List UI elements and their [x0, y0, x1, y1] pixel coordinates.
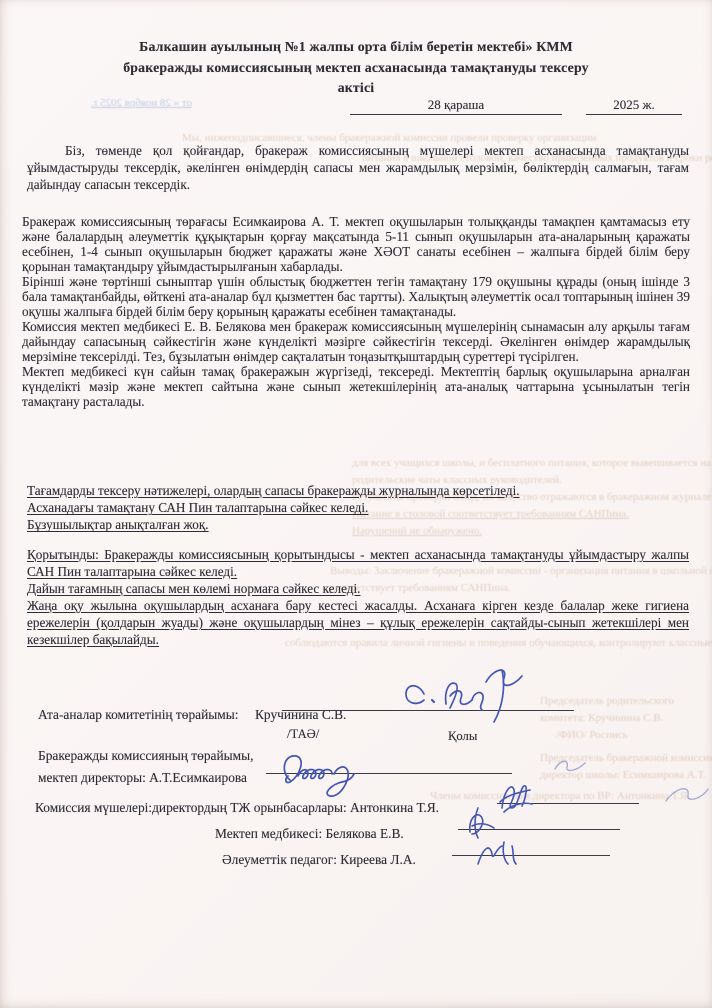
signature-antonkina	[492, 778, 538, 816]
scanned-document-page: от « 28 ноября 2025 г. Мы, нижеподписавш…	[0, 0, 712, 1008]
findings-line: Тағамдарды тексеру нәтижелері, олардың с…	[27, 482, 689, 499]
bleed-through-text: комитета: Кручинина С.В.	[540, 712, 663, 725]
bleed-through-text: для всех учащихся школы, и бесплатного п…	[352, 457, 712, 470]
members-line2: Мектеп медбикесі: Белякова Е.В.	[215, 826, 404, 842]
findings-line: Асханадағы тамақтану САН Пин талаптарына…	[27, 499, 689, 516]
conclusion-paragraph: Дайын тағамның сапасы мен көлемі нормаға…	[27, 580, 689, 597]
date-year: 2025 ж.	[586, 97, 682, 115]
title-line-2: бракеражды комиссиясының мектеп асханасы…	[56, 58, 656, 79]
signature-esimkairova	[276, 744, 396, 802]
signature-kireyeva	[472, 838, 524, 868]
signature-belyakova	[462, 804, 498, 842]
document-title: Балкашин ауылының №1 жалпы орта білім бе…	[56, 37, 656, 99]
parent-chair-label: Ата-аналар комитетінің төрайымы:	[38, 707, 238, 723]
body-paragraph: Комиссия мектеп медбикесі Е. В. Белякова…	[22, 319, 690, 364]
conclusion-section: Қорытынды: Бракеражды комиссиясының қоры…	[27, 546, 689, 648]
bleed-through-text: /ФИО/ Роспись	[556, 729, 628, 742]
conclusion-paragraph: Жаңа оқу жылына оқушылардың асханаға бар…	[27, 597, 689, 648]
conclusion-paragraph: Қорытынды: Бракеражды комиссиясының қоры…	[27, 546, 689, 580]
body-paragraph: Бракераж комиссиясының төрағасы Есимкаир…	[22, 214, 690, 274]
signature-caption: Қолы	[448, 729, 477, 744]
bleed-through-text: Председатель родительского	[540, 695, 674, 708]
date-line: 28 қараша 2025 ж.	[350, 97, 695, 115]
body-paragraph: Бірінші және төртінші сыныптар үшін облы…	[22, 274, 690, 319]
fio-caption: /ТАӘ/	[287, 727, 319, 742]
bleed-through-text: Члены комиссии: зам.директора по ВР: Ант…	[430, 790, 690, 803]
title-line-1: Балкашин ауылының №1 жалпы орта білім бе…	[56, 37, 656, 58]
bleed-through-text: от « 28 ноября 2025 г.	[42, 97, 192, 110]
commission-chair-line2: мектеп директоры: А.Т.Есимкаирова	[38, 770, 247, 786]
ink-bleed-mark	[553, 757, 587, 775]
paragraph-intro: Біз, төменде қол қойғандар, бракераж ком…	[27, 142, 689, 193]
ink-bleed-mark	[664, 783, 710, 807]
year-value: 2025	[613, 97, 639, 112]
date-day-month: 28 қараша	[350, 97, 562, 115]
title-line-3: актісі	[56, 78, 656, 99]
findings-line: Бұзушылықтар анықталған жоқ.	[27, 516, 689, 533]
commission-chair-line1: Бракеражды комиссияның төрайымы,	[38, 748, 253, 764]
members-line1: Комиссия мүшелері:директордың ТЖ орынбас…	[35, 800, 439, 816]
signature-kruchinina	[398, 660, 548, 726]
body-paragraphs: Бракераж комиссиясының төрағасы Есимкаир…	[22, 214, 690, 409]
year-suffix: ж.	[643, 97, 655, 112]
findings-section: Тағамдарды тексеру нәтижелері, олардың с…	[27, 482, 689, 534]
body-paragraph: Мектеп медбикесі күн сайын тамақ бракера…	[22, 364, 690, 409]
members-line3: Әлеуметтік педагог: Киреева Л.А.	[222, 852, 416, 868]
